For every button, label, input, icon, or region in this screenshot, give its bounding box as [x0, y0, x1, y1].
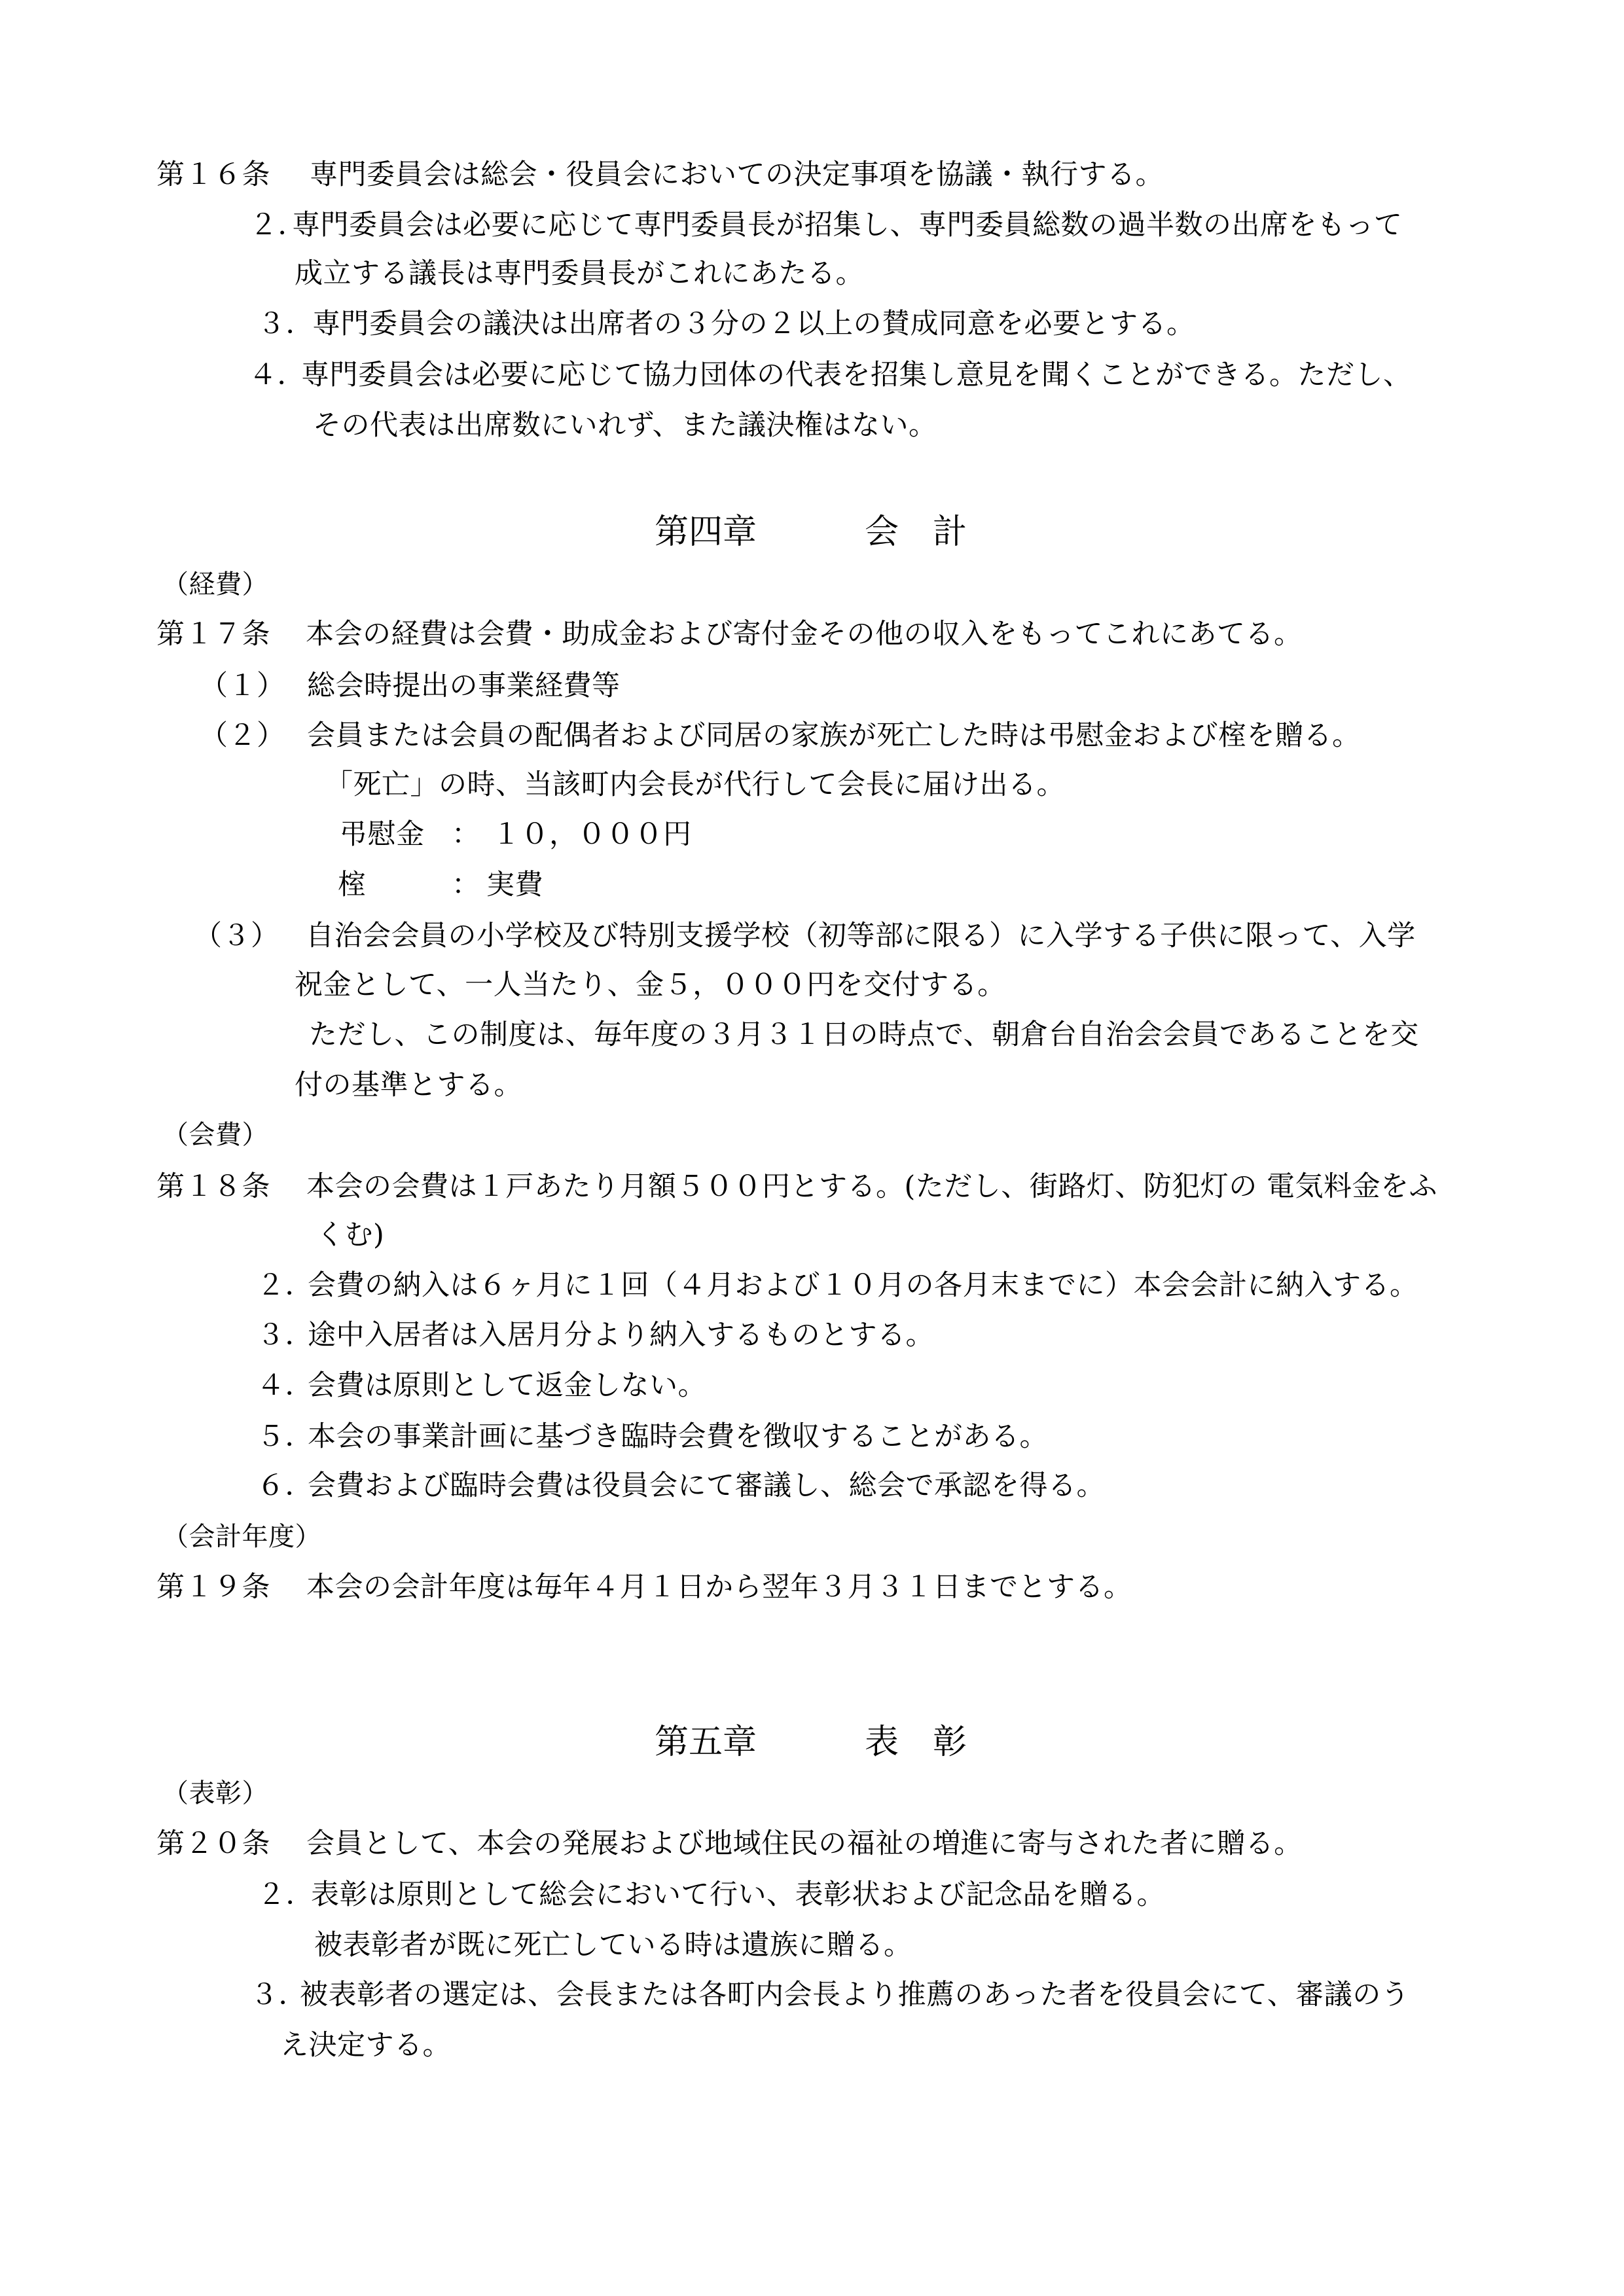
article-20-item-3-line-1: 被表彰者の選定は、会長または各町内会長より推薦のあった者を役員会にて、審議のう [300, 1981, 1409, 2009]
article-17-item-3-line-4: 付の基準とする。 [295, 1071, 522, 1100]
article-20-item-2-line-1: 表彰は原則として総会において行い、表彰状および記念品を贈る。 [311, 1880, 1165, 1909]
article-16-item-4-line-1: 専門委員会は必要に応じて協力団体の代表を招集し意見を聞くことができる。ただし、 [301, 361, 1412, 389]
article-19-text: 本会の会計年度は毎年４月１日から翌年３月３１日までとする。 [306, 1573, 1132, 1602]
article-19-label: 第１９条 [156, 1573, 270, 1602]
article-18-item-5-text: 本会の事業計画に基づき臨時会費を徴収することがある。 [308, 1422, 1048, 1451]
article-16-item-4-line-2: その代表は出席数にいれず、また議決権はない。 [313, 411, 937, 440]
article-17-item-3-number: （３） [194, 922, 280, 950]
condolence-money-label: 弔慰金 [339, 820, 425, 849]
article-17-caption: （経費） [162, 570, 268, 599]
article-18-item-4-text: 会費は原則として返金しない。 [308, 1371, 706, 1400]
article-17-label: 第１７条 [156, 620, 270, 649]
article-18-item-6-number: ６． [257, 1471, 314, 1500]
article-18-label: 第１８条 [156, 1172, 270, 1201]
article-16-label: 第１６条 [156, 160, 270, 189]
article-17-item-3-line-2: 祝金として、一人当たり、金５，０００円を交付する。 [295, 971, 1006, 999]
article-18-item-3-number: ３． [257, 1321, 314, 1350]
article-18-caption: （会費） [162, 1121, 268, 1149]
condolence-money-separator: ： [452, 820, 480, 849]
wreath-label: 榁 [338, 870, 367, 899]
article-17-text: 本会の経費は会費・助成金および寄付金その他の収入をもってこれにあてる。 [306, 620, 1303, 649]
article-17-item-2-line-2: 「死亡」の時、当該町内会長が代行して会長に届け出る。 [325, 770, 1065, 799]
chapter-4-title: 会 計 [865, 512, 967, 552]
article-18-item-6-text: 会費および臨時会費は役員会にて審議し、総会で承認を得る。 [308, 1471, 1105, 1500]
article-20-item-3-line-2: え決定する。 [280, 2031, 451, 2060]
article-16-item-2-line-2: 成立する議長は専門委員長がこれにあたる。 [295, 259, 864, 288]
chapter-5-number: 第五章 [655, 1723, 757, 1762]
article-18-item-2-text: 会費の納入は６ヶ月に１回（４月および１０月の各月末までに）本会会計に納入する。 [308, 1271, 1418, 1300]
chapter-5-heading: 第五章表 彰 [655, 1724, 967, 1761]
article-18-item-2-number: ２． [257, 1271, 314, 1300]
article-18-item-4-number: ４． [257, 1371, 314, 1400]
article-17-item-2-line-1: 会員または会員の配偶者および同居の家族が死亡した時は弔慰金および榁を贈る。 [307, 721, 1361, 750]
article-16-item-2-line-1: 専門委員会は必要に応じて専門委員長が招集し、専門委員総数の過半数の出席をもって [292, 211, 1403, 240]
wreath-separator: ： [452, 870, 480, 899]
article-20-label: 第２０条 [156, 1829, 270, 1858]
article-17-item-1-line-1: 総会時提出の事業経費等 [307, 672, 621, 700]
article-16-item-3-line-1: 専門委員会の議決は出席者の３分の２以上の賛成同意を必要とする。 [312, 310, 1195, 338]
article-19-caption: （会計年度） [162, 1522, 321, 1551]
article-20-caption: （表彰） [162, 1779, 268, 1808]
article-18-item-5-number: ５． [257, 1422, 314, 1451]
chapter-4-heading: 第四章会 計 [655, 514, 967, 550]
article-20-item-2-number: ２． [257, 1880, 314, 1909]
article-18-line-2: くむ) [316, 1221, 384, 1249]
chapter-4-number: 第四章 [655, 512, 757, 552]
article-18-item-3-text: 途中入居者は入居月分より納入するものとする。 [308, 1321, 934, 1350]
chapter-5-title: 表 彰 [865, 1723, 967, 1762]
document-page: 第１６条 専門委員会は総会・役員会においての決定事項を協議・執行する。 ２． 専… [0, 0, 1624, 2296]
condolence-money-value: １０，０００円 [492, 820, 692, 849]
article-16-item-3-number: ３． [257, 310, 314, 338]
article-16-item-4-number: ４． [249, 361, 306, 389]
article-18-line-1: 本会の会費は１戸あたり月額５００円とする。(ただし、街路灯、防犯灯の 電気料金を… [306, 1172, 1437, 1201]
article-16-text: 専門委員会は総会・役員会においての決定事項を協議・執行する。 [310, 160, 1164, 189]
wreath-value: 実費 [486, 870, 543, 899]
article-20-item-3-number: ３． [250, 1981, 307, 2009]
article-17-item-1-number: （１） [200, 672, 285, 700]
article-17-item-2-number: （２） [200, 721, 285, 750]
article-17-item-3-line-1: 自治会会員の小学校及び特別支援学校（初等部に限る）に入学する子供に限って、入学 [306, 922, 1416, 950]
article-20-text: 会員として、本会の発展および地域住民の福祉の増進に寄与された者に贈る。 [306, 1829, 1303, 1858]
article-17-item-3-line-3: ただし、この制度は、毎年度の３月３１日の時点で、朝倉台自治会会員であることを交 [309, 1020, 1419, 1049]
article-20-item-2-line-2: 被表彰者が既に死亡している時は遺族に贈る。 [314, 1931, 912, 1960]
